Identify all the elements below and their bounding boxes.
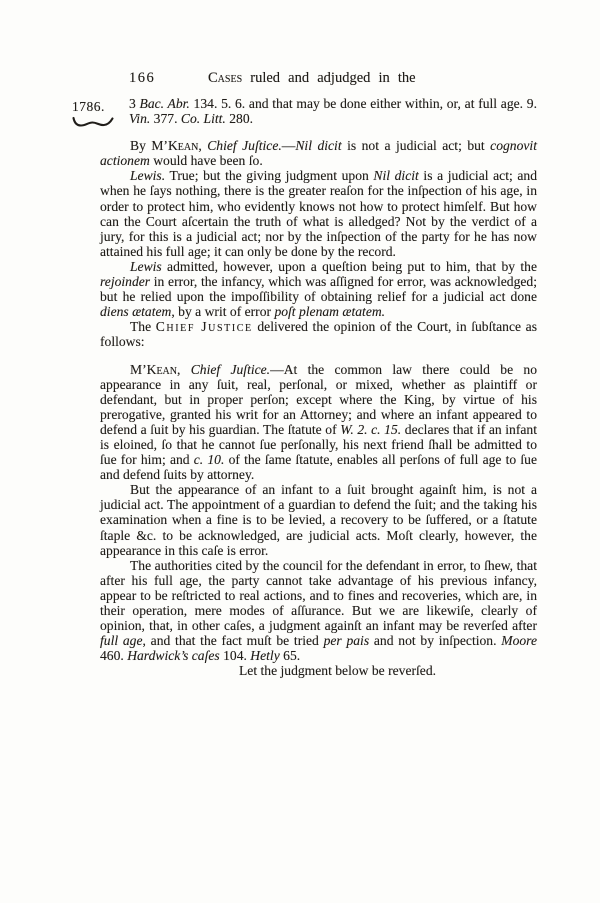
text-run: Lewis — [130, 259, 162, 274]
text-run: — — [282, 138, 296, 153]
text-run: Nil dicit — [373, 168, 418, 183]
text-run: in error, the infancy, which was aſſigne… — [100, 274, 537, 304]
text-run: Moore — [501, 633, 537, 648]
text-run: 65. — [280, 648, 300, 663]
text-run: poſt plenam ætatem. — [274, 304, 385, 319]
text-run: By M’ — [130, 138, 168, 153]
text-run: Chief Juſtice. — [191, 362, 270, 377]
paragraph: The Chief Justice delivered the opinion … — [100, 319, 537, 349]
paragraph: M’Kean, Chief Juſtice.—At the common law… — [100, 362, 537, 483]
text-run: Lewis. — [130, 168, 165, 183]
text-run: , — [198, 138, 207, 153]
text-run: full age — [100, 633, 143, 648]
text-run: would have been ſo. — [150, 153, 263, 168]
text-run: admitted, however, upon a queſtion being… — [162, 259, 537, 274]
page-number: 166 — [129, 70, 155, 87]
text-run: 460. — [100, 648, 127, 663]
text-run: Kean — [168, 138, 198, 153]
paragraph: Let the judgment below be reverſed. — [100, 663, 537, 678]
text-run: , and that the fact muſt be tried — [143, 633, 324, 648]
paragraph: The authorities cited by the council for… — [100, 558, 537, 664]
paragraph: Lewis admitted, however, upon a queſtion… — [100, 259, 537, 319]
text-run: The authorities cited by the council for… — [100, 558, 537, 633]
text-run: M’ — [130, 362, 147, 377]
text-run: Nil dicit — [295, 138, 341, 153]
text-run: The — [130, 319, 156, 334]
text-run: Hetly — [250, 648, 279, 663]
text-run: is not a judicial act; but — [342, 138, 491, 153]
paragraph: But the appearance of an infant to a ſui… — [100, 482, 537, 557]
text-run: Chief Justice — [156, 319, 253, 334]
text-run: , by a writ of error — [171, 304, 274, 319]
running-head-title: Cases ruled and adjudged in the — [208, 70, 416, 87]
text-run: Bac. Abr. — [140, 96, 190, 111]
text-run: diens ætatem — [100, 304, 171, 319]
text-run: Let the judgment below be reverſed. — [239, 663, 436, 678]
text-run: Co. Litt. — [181, 111, 226, 126]
running-head: 166 Cases ruled and adjudged in the — [0, 70, 600, 90]
scanned-book-page: 166 Cases ruled and adjudged in the 1786… — [0, 0, 600, 903]
text-run: 3 — [129, 96, 140, 111]
text-run: rejoinder — [100, 274, 150, 289]
text-run: Vin. — [129, 111, 150, 126]
paragraph: By M’Kean, Chief Juſtice.—Nil dicit is n… — [100, 138, 537, 168]
text-run: Hardwick’s caſes — [127, 648, 220, 663]
running-head-title-caps: Cases — [208, 70, 242, 86]
text-run: 134. 5. 6. and that may be done either w… — [190, 96, 537, 111]
text-run: 280. — [226, 111, 253, 126]
paragraph: 3 Bac. Abr. 134. 5. 6. and that may be d… — [129, 96, 537, 126]
text-run: Kean — [147, 362, 177, 377]
body-paragraphs: 3 Bac. Abr. 134. 5. 6. and that may be d… — [100, 96, 537, 678]
text-run: W. 2. c. 15. — [340, 422, 401, 437]
text-run: True; but the giving judgment upon — [165, 168, 373, 183]
text-run: 377. — [150, 111, 181, 126]
paragraph: Lewis. True; but the giving judgment upo… — [100, 168, 537, 259]
text-run: , — [177, 362, 191, 377]
running-head-title-rest: ruled and adjudged in the — [242, 70, 416, 86]
text-run: c. 10. — [194, 452, 225, 467]
text-run: and not by inſpection. — [369, 633, 501, 648]
text-run: per pais — [324, 633, 370, 648]
text-run: Chief Juſtice. — [207, 138, 282, 153]
text-run: But the appearance of an infant to a ſui… — [100, 482, 537, 557]
text-run: 104. — [220, 648, 251, 663]
